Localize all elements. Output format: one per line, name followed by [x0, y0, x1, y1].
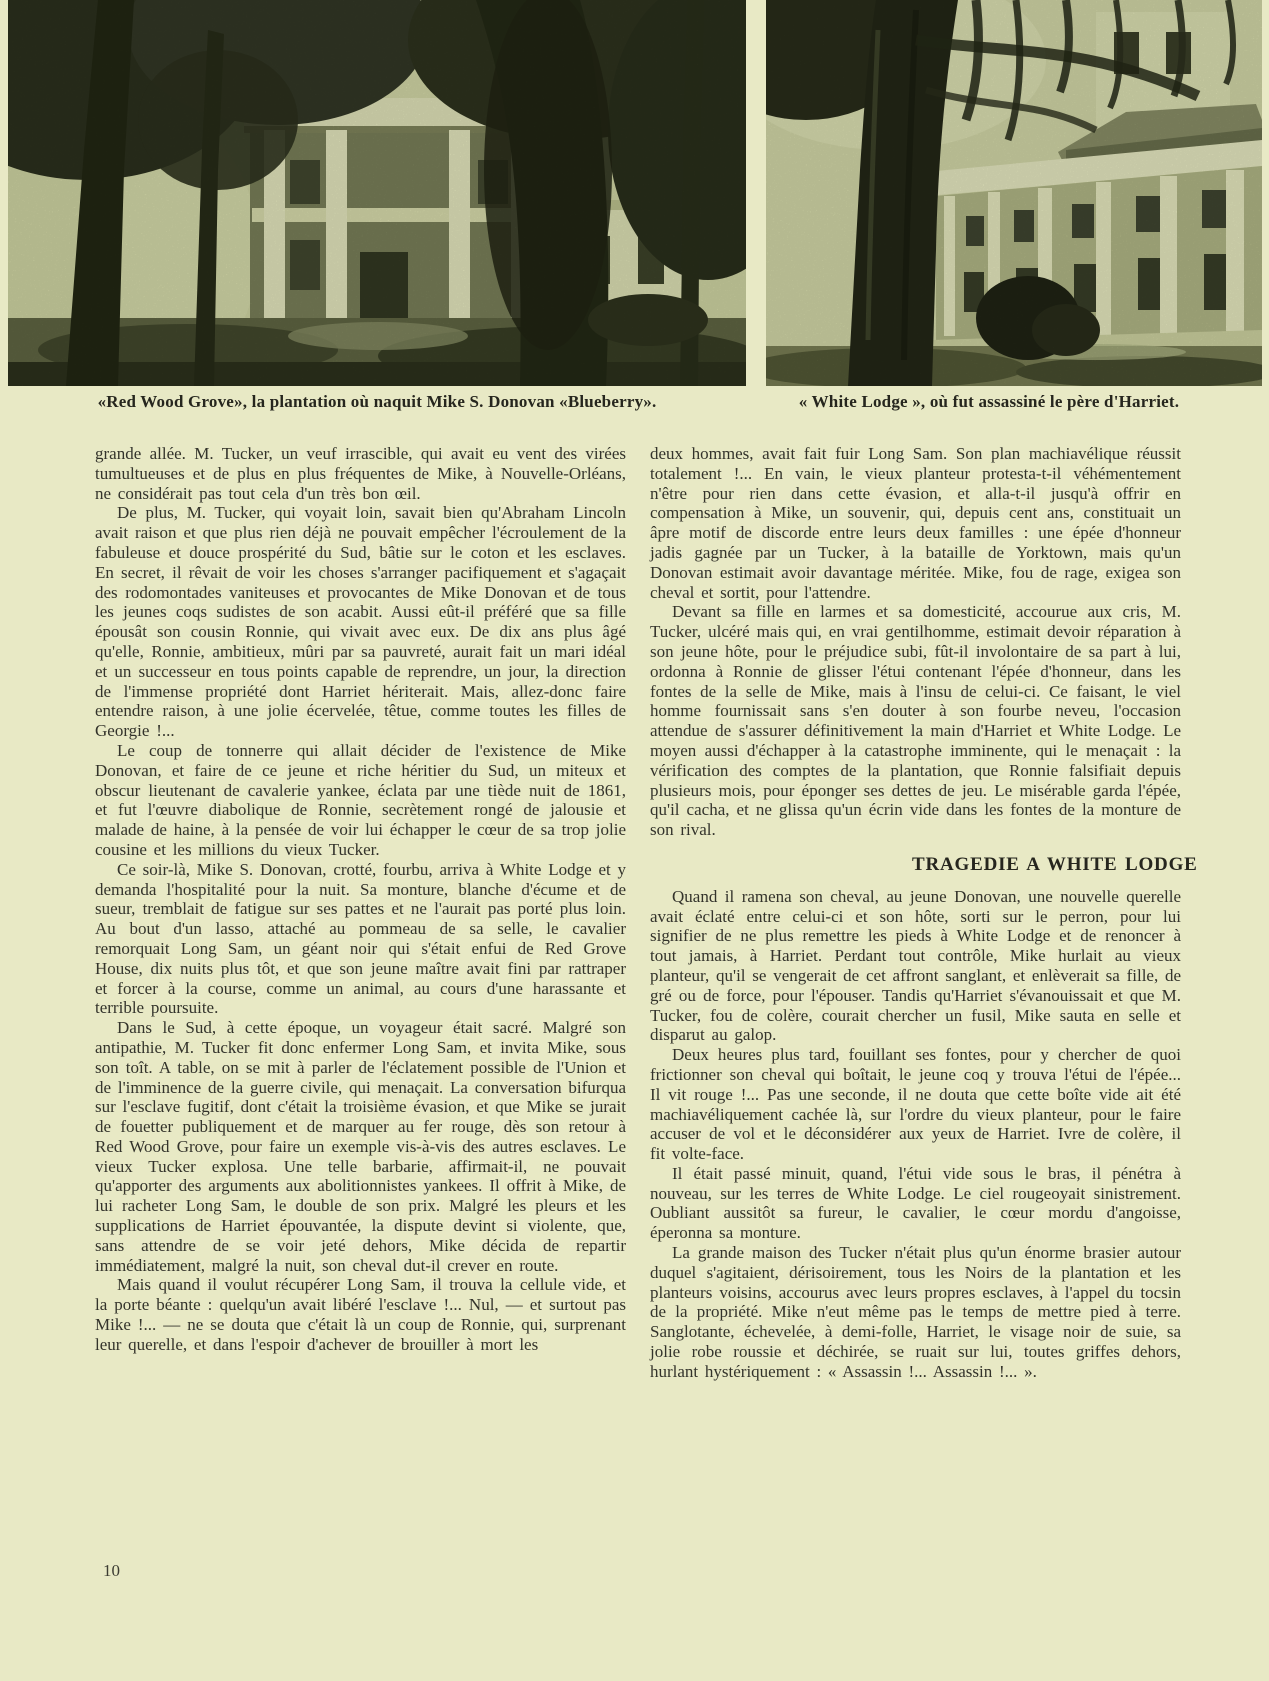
photo-red-wood-grove: [8, 0, 746, 386]
article-paragraph: De plus, M. Tucker, qui voyait loin, sav…: [95, 503, 626, 741]
article-paragraph: La grande maison des Tucker n'était plus…: [650, 1243, 1181, 1382]
article-paragraph: Dans le Sud, à cette époque, un voyageur…: [95, 1018, 626, 1275]
article-paragraph: Quand il ramena son cheval, au jeune Don…: [650, 887, 1181, 1045]
photo-caption-white-lodge: « White Lodge », où fut assassiné le pèr…: [766, 392, 1212, 412]
page-number: 10: [103, 1561, 120, 1581]
article-paragraph: grande allée. M. Tucker, un veuf irrasci…: [95, 444, 626, 503]
article-column-right-bottom: Quand il ramena son cheval, au jeune Don…: [650, 887, 1181, 1382]
article-column-right: deux hommes, avait fait fuir Long Sam. S…: [650, 444, 1181, 1382]
plantation-photo-illustration: [8, 0, 746, 386]
magazine-page: { "page": { "number": "10", "paper_color…: [0, 0, 1269, 1681]
article-paragraph: Mais quand il voulut récupérer Long Sam,…: [95, 1275, 626, 1354]
article-paragraph: Devant sa fille en larmes et sa domestic…: [650, 602, 1181, 840]
article-column-right-top: deux hommes, avait fait fuir Long Sam. S…: [650, 444, 1181, 840]
mansion-photo-illustration: [766, 0, 1262, 386]
article-paragraph: Deux heures plus tard, fouillant ses fon…: [650, 1045, 1181, 1164]
article-paragraph: Ce soir-là, Mike S. Donovan, crotté, fou…: [95, 860, 626, 1018]
article-paragraph: Le coup de tonnerre qui allait décider d…: [95, 741, 626, 860]
article-paragraph: deux hommes, avait fait fuir Long Sam. S…: [650, 444, 1181, 602]
article-paragraph: Il était passé minuit, quand, l'étui vid…: [650, 1164, 1181, 1243]
article-column-left: grande allée. M. Tucker, un veuf irrasci…: [95, 444, 626, 1355]
section-heading: TRAGEDIE A WHITE LODGE: [912, 855, 1181, 875]
photo-caption-red-wood-grove: «Red Wood Grove», la plantation où naqui…: [8, 392, 746, 412]
photo-white-lodge: [766, 0, 1262, 386]
